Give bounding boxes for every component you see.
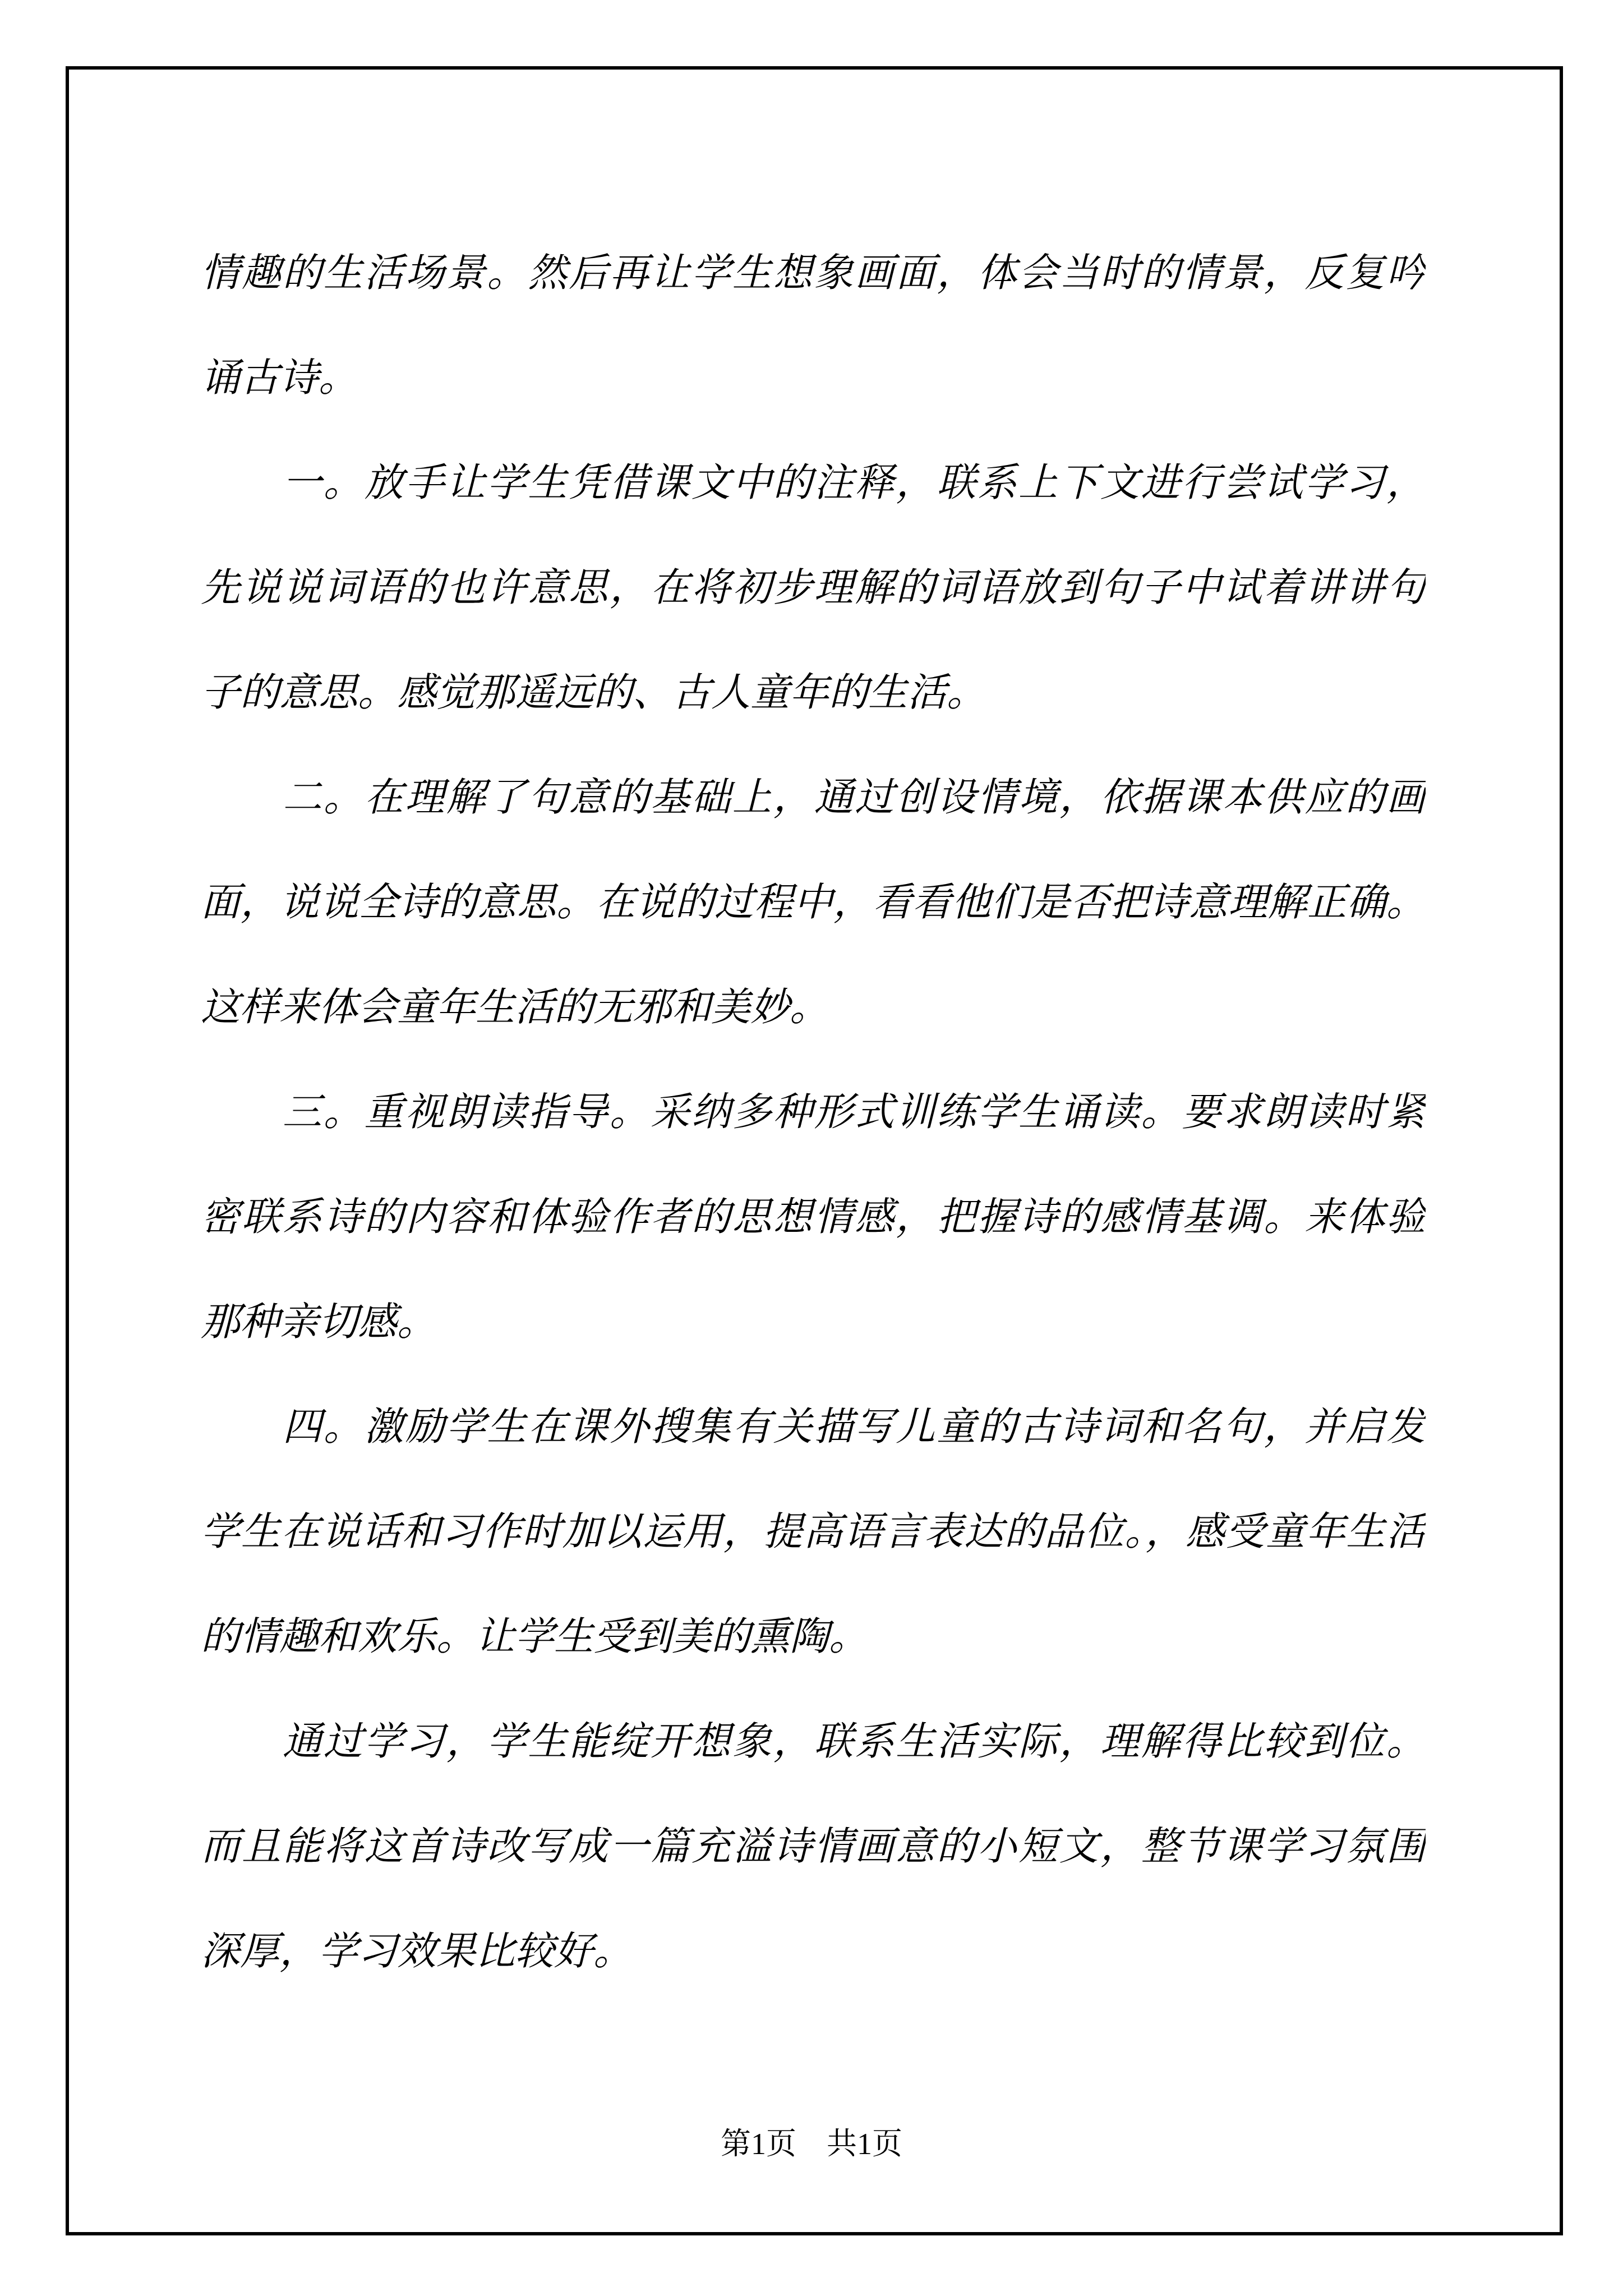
- text-line: 诵古诗。: [201, 326, 1426, 431]
- page-footer: 第1页 共1页: [0, 2129, 1623, 2159]
- text-line: 子的意思。感觉那遥远的、古人童年的生活。: [201, 641, 1426, 746]
- text-line: 四。激励学生在课外搜集有关描写儿童的古诗词和名句，并启发: [201, 1375, 1426, 1480]
- text-line: 二。在理解了句意的基础上，通过创设情境，依据课本供应的画: [201, 746, 1426, 850]
- text-line: 情趣的生活场景。然后再让学生想象画面，体会当时的情景，反复吟: [201, 221, 1426, 326]
- document-page: 情趣的生活场景。然后再让学生想象画面，体会当时的情景，反复吟 诵古诗。 一。放手…: [0, 0, 1623, 2296]
- text-line: 三。重视朗读指导。采纳多种形式训练学生诵读。要求朗读时紧: [201, 1060, 1426, 1165]
- text-line: 而且能将这首诗改写成一篇充溢诗情画意的小短文，整节课学习氛围: [201, 1795, 1426, 1899]
- text-line: 深厚，学习效果比较好。: [201, 1899, 1426, 2004]
- text-line: 的情趣和欢乐。让学生受到美的熏陶。: [201, 1585, 1426, 1690]
- text-line: 那种亲切感。: [201, 1270, 1426, 1375]
- document-body: 情趣的生活场景。然后再让学生想象画面，体会当时的情景，反复吟 诵古诗。 一。放手…: [201, 221, 1426, 2004]
- text-line: 一。放手让学生凭借课文中的注释，联系上下文进行尝试学习，: [201, 431, 1426, 536]
- text-line: 密联系诗的内容和体验作者的思想情感，把握诗的感情基调。来体验: [201, 1165, 1426, 1270]
- text-line: 通过学习，学生能绽开想象，联系生活实际，理解得比较到位。: [201, 1690, 1426, 1795]
- text-line: 先说说词语的也许意思，在将初步理解的词语放到句子中试着讲讲句: [201, 536, 1426, 641]
- text-line: 学生在说话和习作时加以运用，提高语言表达的品位。，感受童年生活: [201, 1480, 1426, 1585]
- text-line: 面，说说全诗的意思。在说的过程中，看看他们是否把诗意理解正确。: [201, 850, 1426, 955]
- text-line: 这样来体会童年生活的无邪和美妙。: [201, 955, 1426, 1060]
